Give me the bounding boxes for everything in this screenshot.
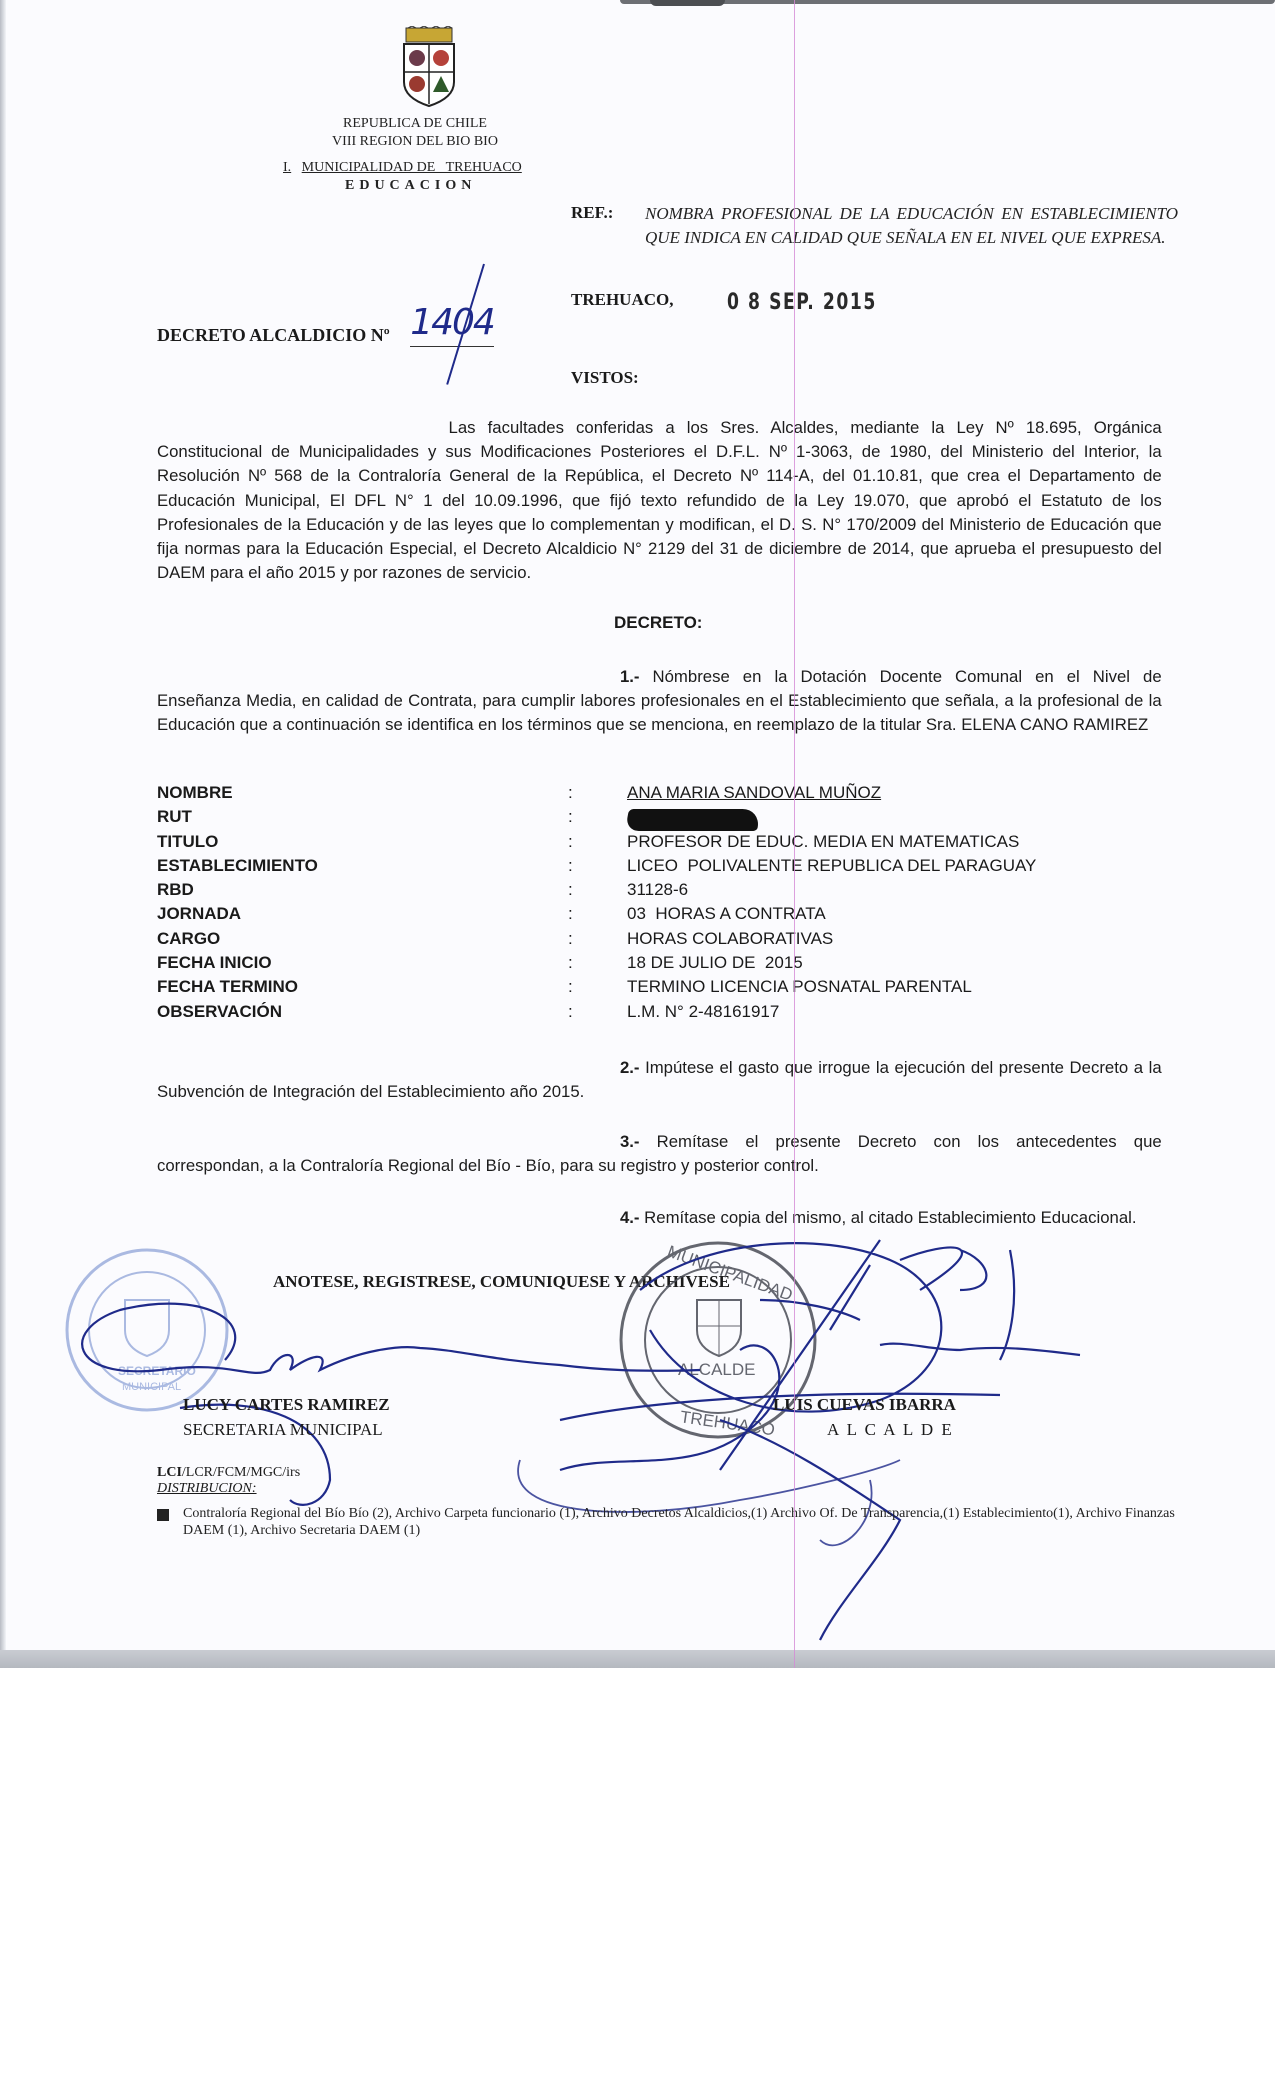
field-row-titulo: TITULO : PROFESOR DE EDUC. MEDIA EN MATE… (157, 832, 1057, 856)
field-row-fecha-termino: FECHA TERMINO : TERMINO LICENCIA POSNATA… (157, 977, 1057, 1001)
field-label: TITULO (157, 832, 218, 852)
field-label: FECHA TERMINO (157, 977, 298, 997)
decreto-item-4: 4.- Remítase copia del mismo, al citado … (157, 1203, 1162, 1233)
field-separator: : (568, 880, 573, 900)
field-label: OBSERVACIÓN (157, 1002, 282, 1022)
field-row-rut: RUT : (157, 807, 1057, 831)
field-label: RUT (157, 807, 192, 827)
item-number: 2.- (620, 1058, 640, 1077)
vistos-heading: VISTOS: (571, 368, 639, 388)
field-value: ANA MARIA SANDOVAL MUÑOZ (627, 783, 881, 803)
field-label: FECHA INICIO (157, 953, 272, 973)
field-separator: : (568, 953, 573, 973)
item-text: Remítase copia del mismo, al citado Esta… (644, 1208, 1136, 1227)
field-row-jornada: JORNADA : 03 HORAS A CONTRATA (157, 904, 1057, 928)
field-row-observacion: OBSERVACIÓN : L.M. N° 2-48161917 (157, 1002, 1057, 1026)
scan-top-shadow (650, 0, 725, 6)
reference-label: REF.: (571, 203, 613, 223)
vistos-paragraph: Las facultades conferidas a los Sres. Al… (157, 416, 1162, 585)
field-value: 03 HORAS A CONTRATA (627, 904, 826, 924)
distribution-label: DISTRIBUCION: (157, 1481, 257, 1497)
field-row-rbd: RBD : 31128-6 (157, 880, 1057, 904)
decreto-item-1: 1.- Nómbrese en la Dotación Docente Comu… (157, 665, 1162, 738)
header-department: EDUCACION (345, 178, 476, 194)
field-label: CARGO (157, 929, 220, 949)
field-row-establecimiento: ESTABLECIMIENTO : LICEO POLIVALENTE REPU… (157, 856, 1057, 880)
closing-formula: ANOTESE, REGISTRESE, COMUNIQUESE Y ARCHI… (273, 1272, 730, 1292)
decreto-heading: DECRETO: (614, 613, 702, 633)
scan-fold-line (794, 0, 795, 1668)
field-separator: : (568, 783, 573, 803)
initials-rest: /LCR/FCM/MGC/irs (182, 1465, 300, 1480)
field-separator: : (568, 977, 573, 997)
field-value: HORAS COLABORATIVAS (627, 929, 833, 949)
field-separator: : (568, 807, 573, 827)
scan-bottom-edge (0, 1650, 1275, 1668)
item-number: 4.- (620, 1208, 640, 1227)
secretary-title: SECRETARIA MUNICIPAL (183, 1420, 383, 1440)
decree-number-handwritten: 1404 (410, 300, 494, 347)
place: TREHUACO, (571, 290, 673, 310)
scan-edge (0, 0, 6, 1650)
date-stamp: 0 8 SEP. 2015 (727, 290, 877, 315)
item-text: Remítase el presente Decreto con los ant… (157, 1132, 1162, 1175)
field-label: NOMBRE (157, 783, 233, 803)
header-country: REPUBLICA DE CHILE (250, 116, 580, 132)
secretary-name: LUCY CARTES RAMIREZ (183, 1395, 390, 1415)
header-region: VIII REGION DEL BIO BIO (250, 134, 580, 150)
item-text: Impútese el gasto que irrogue la ejecuci… (157, 1058, 1162, 1101)
field-value: LICEO POLIVALENTE REPUBLICA DEL PARAGUAY (627, 856, 1036, 876)
field-separator: : (568, 904, 573, 924)
decreto-item-2: 2.- Impútese el gasto que irrogue la eje… (157, 1056, 1162, 1104)
typist-initials: LCI/LCR/FCM/MGC/irs (157, 1465, 300, 1481)
item-number: 3.- (620, 1132, 640, 1151)
field-value: 31128-6 (627, 880, 688, 900)
item-number: 1.- (620, 667, 640, 686)
field-value: 18 DE JULIO DE 2015 (627, 953, 803, 973)
decree-number-label: DECRETO ALCALDICIO Nº (157, 325, 390, 346)
field-value: L.M. N° 2-48161917 (627, 1002, 779, 1022)
field-row-cargo: CARGO : HORAS COLABORATIVAS (157, 929, 1057, 953)
field-row-nombre: NOMBRE : ANA MARIA SANDOVAL MUÑOZ (157, 783, 1057, 807)
field-label: JORNADA (157, 904, 241, 924)
vistos-text: Las facultades conferidas a los Sres. Al… (157, 418, 1162, 582)
municipality-prefix: I. (283, 160, 291, 175)
bullet-icon (157, 1509, 169, 1521)
field-value: PROFESOR DE EDUC. MEDIA EN MATEMATICAS (627, 832, 1019, 852)
field-label: RBD (157, 880, 194, 900)
field-label: ESTABLECIMIENTO (157, 856, 318, 876)
item-text: Nómbrese en la Dotación Docente Comunal … (157, 667, 1162, 734)
mayor-title: A L C A L D E (827, 1420, 954, 1440)
municipality-name: MUNICIPALIDAD DE TREHUACO (302, 160, 522, 175)
reference-text: NOMBRA PROFESIONAL DE LA EDUCACIÓN EN ES… (645, 202, 1178, 250)
mayor-name: LUIS CUEVAS IBARRA (773, 1395, 956, 1415)
appointee-details: NOMBRE : ANA MARIA SANDOVAL MUÑOZ RUT : … (157, 783, 1057, 1026)
header-municipality: I. MUNICIPALIDAD DE TREHUACO (283, 160, 522, 176)
field-separator: : (568, 929, 573, 949)
field-separator: : (568, 832, 573, 852)
redaction-mark (625, 809, 761, 831)
distribution-list: Contraloría Regional del Bío Bío (2), Ar… (183, 1505, 1183, 1539)
initials-bold: LCI (157, 1465, 182, 1480)
field-value: TERMINO LICENCIA POSNATAL PARENTAL (627, 977, 972, 997)
field-separator: : (568, 1002, 573, 1022)
field-separator: : (568, 856, 573, 876)
field-row-fecha-inicio: FECHA INICIO : 18 DE JULIO DE 2015 (157, 953, 1057, 977)
municipal-coat-of-arms-icon (398, 26, 460, 108)
decreto-item-3: 3.- Remítase el presente Decreto con los… (157, 1130, 1162, 1178)
